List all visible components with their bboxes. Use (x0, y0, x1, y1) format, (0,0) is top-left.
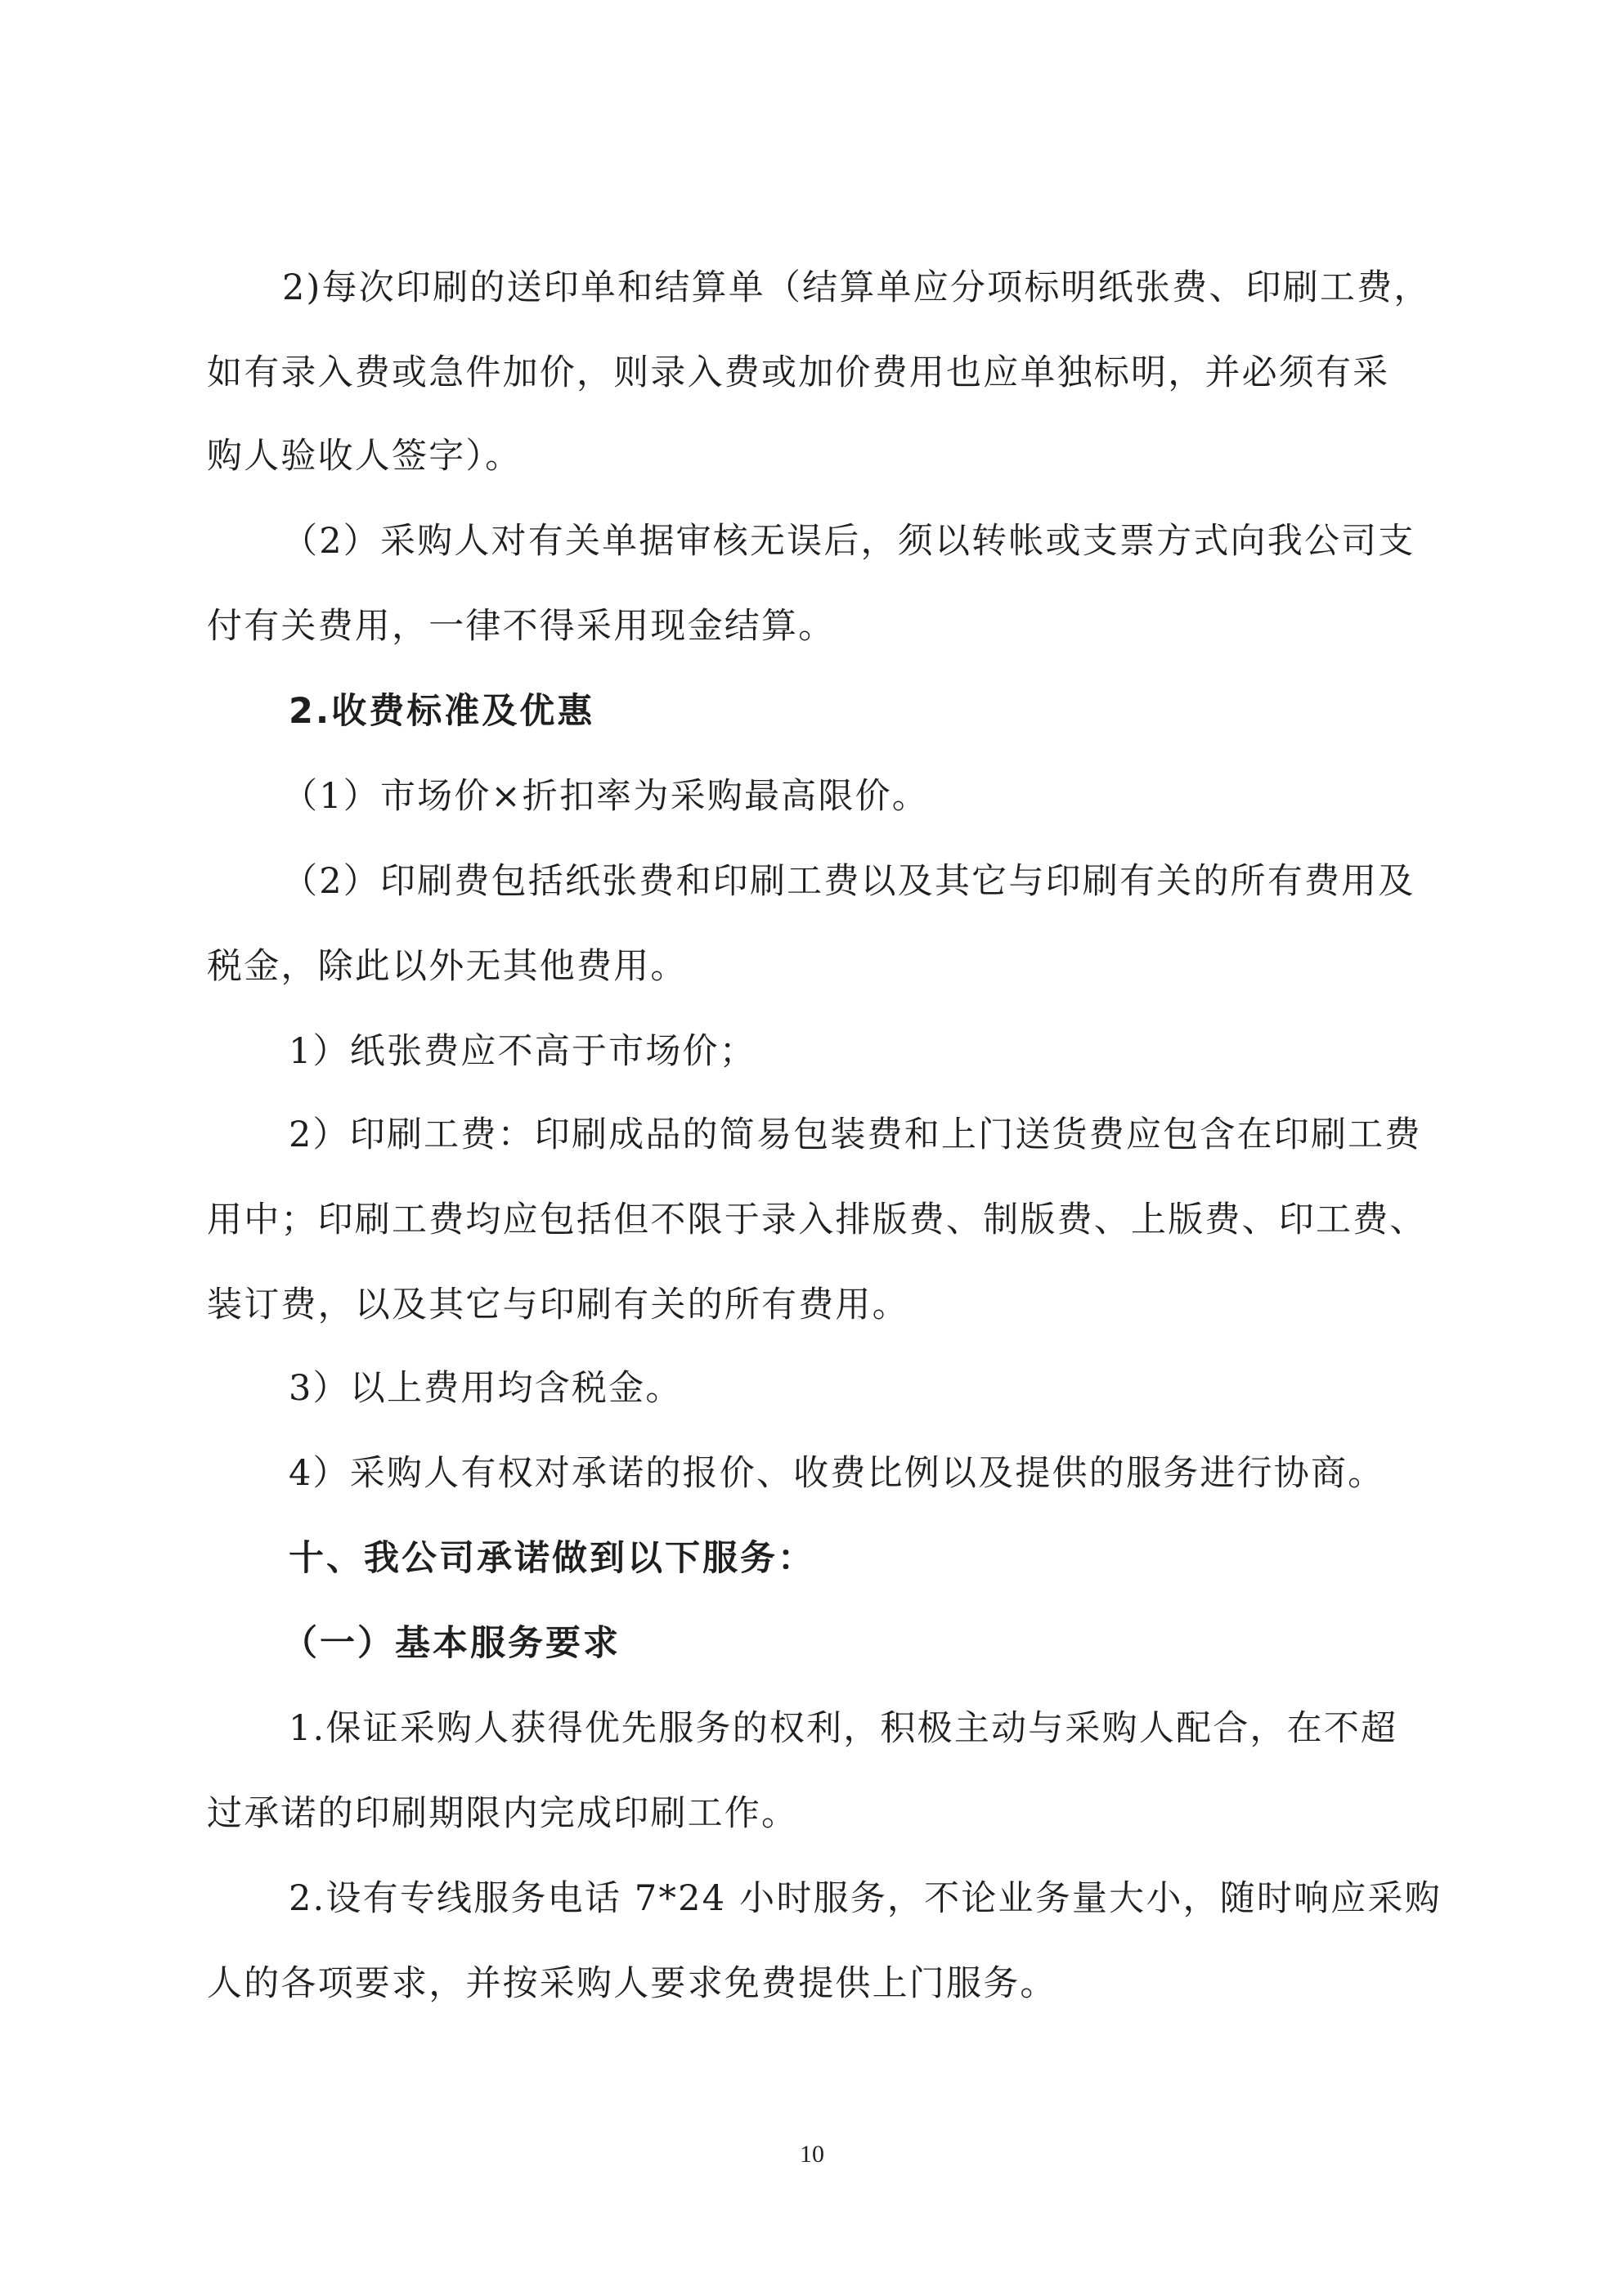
paragraph-line: 1.保证采购人获得优先服务的权利，积极主动与采购人配合，在不超 (289, 1704, 1397, 1753)
paragraph-line: 装订费，以及其它与印刷有关的所有费用。 (207, 1280, 909, 1330)
section-heading: 2.收费标准及优惠 (289, 687, 594, 736)
page-number: 10 (0, 2141, 1624, 2168)
paragraph-line: 付有关费用，一律不得采用现金结算。 (207, 602, 835, 651)
paragraph-line: 过承诺的印刷期限内完成印刷工作。 (207, 1789, 798, 1838)
paragraph-line: （1）市场价×折扣率为采购最高限价。 (282, 772, 929, 821)
paragraph-line: （2）采购人对有关单据审核无误后，须以转帐或支票方式向我公司支 (282, 517, 1415, 566)
paragraph-line: 1）纸张费应不高于市场价； (289, 1027, 756, 1076)
paragraph-line: 用中；印刷工费均应包括但不限于录入排版费、制版费、上版费、印工费、 (207, 1195, 1427, 1244)
subsection-heading: （一）基本服务要求 (282, 1619, 621, 1668)
paragraph-line: 税金，除此以外无其他费用。 (207, 942, 688, 991)
paragraph-line: 2）印刷工费：印刷成品的简易包装费和上门送货费应包含在印刷工费 (289, 1110, 1422, 1159)
paragraph-line: 购人验收人签字）。 (207, 432, 522, 481)
section-heading: 十、我公司承诺做到以下服务： (289, 1534, 815, 1583)
paragraph-line: （2）印刷费包括纸张费和印刷工费以及其它与印刷有关的所有费用及 (282, 857, 1415, 906)
paragraph-line: 2)每次印刷的送印单和结算单（结算单应分项标明纸张费、印刷工费， (282, 263, 1431, 312)
paragraph-line: 如有录入费或急件加价，则录入费或加价费用也应单独标明，并必须有采 (207, 348, 1389, 397)
paragraph-line: 3）以上费用均含税金。 (289, 1364, 683, 1413)
paragraph-line: 2.设有专线服务电话 7*24 小时服务，不论业务量大小，随时响应采购 (289, 1874, 1442, 1923)
paragraph-line: 人的各项要求，并按采购人要求免费提供上门服务。 (207, 1959, 1057, 2008)
paragraph-line: 4）采购人有权对承诺的报价、收费比例以及提供的服务进行协商。 (289, 1449, 1384, 1498)
